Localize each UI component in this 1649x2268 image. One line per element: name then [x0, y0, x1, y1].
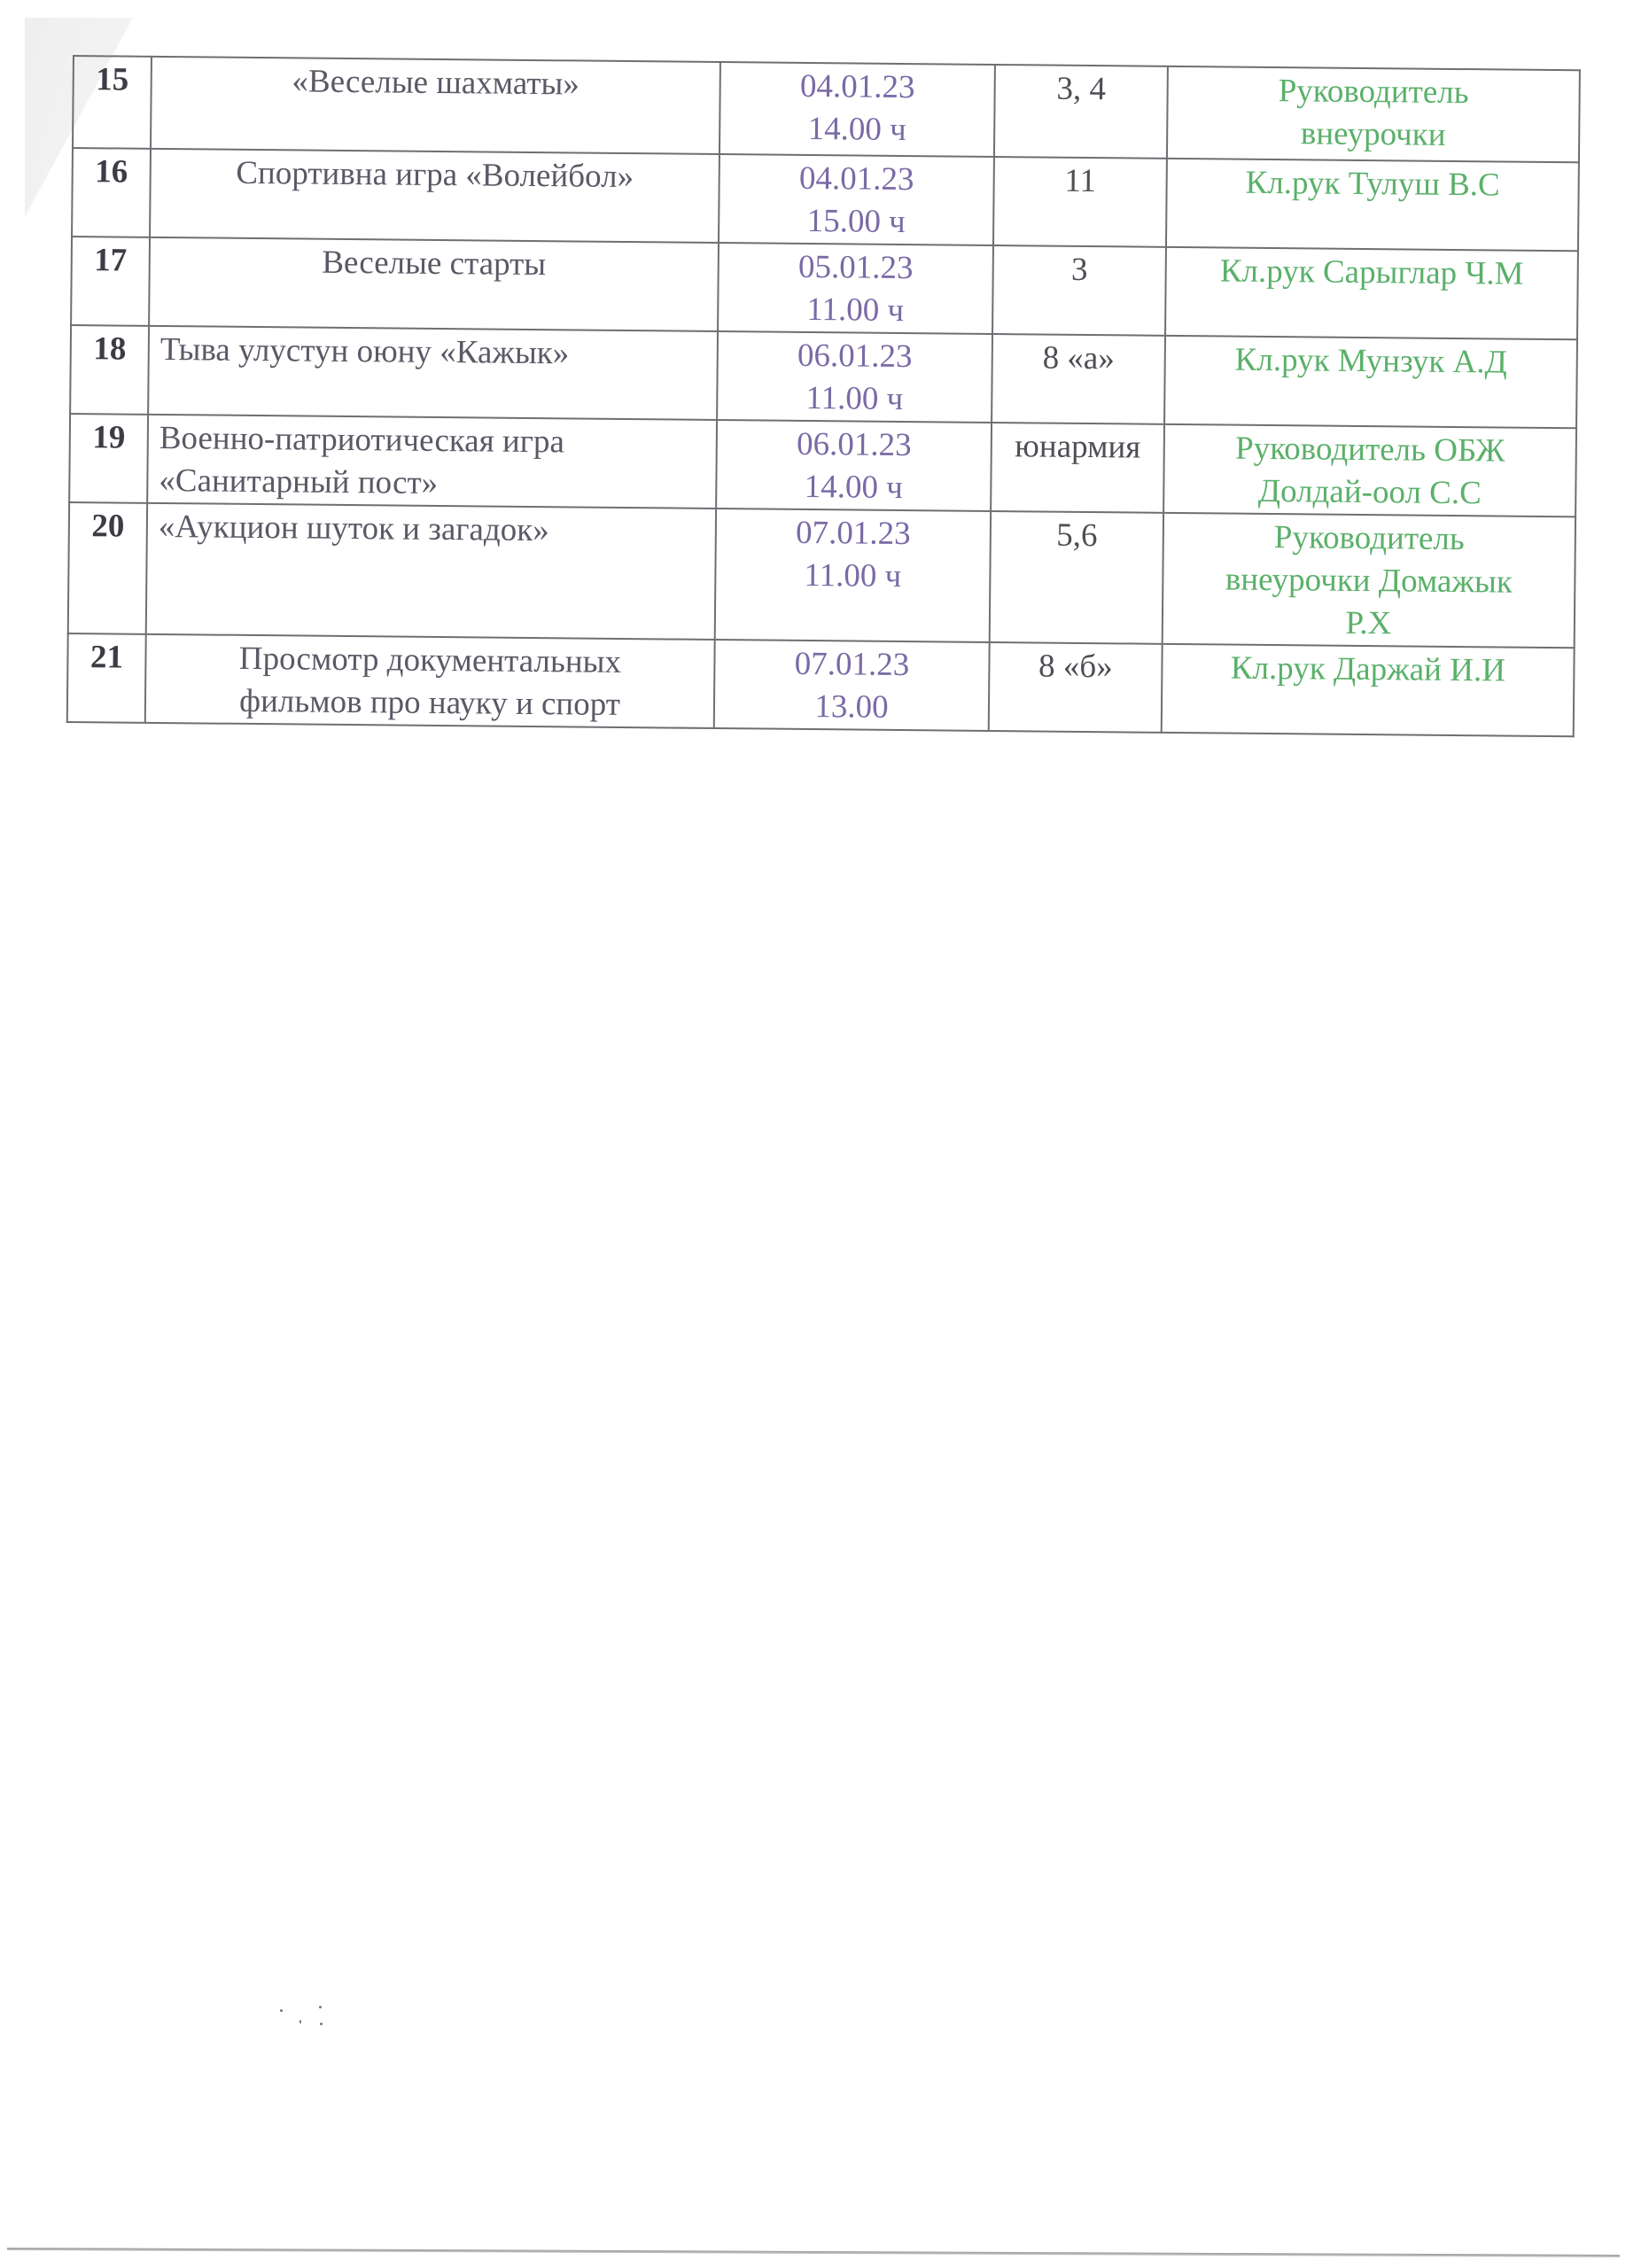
responsible-person: Кл.рук Тулуш В.С: [1166, 159, 1579, 251]
row-number: 17: [71, 237, 150, 326]
event-time: 11.00 ч: [721, 554, 984, 599]
event-date-time: 04.01.23 14.00 ч: [719, 62, 995, 157]
event-date: 05.01.23: [725, 245, 987, 291]
responsible-line: Долдай-оол С.С: [1170, 470, 1569, 516]
responsible-line: Руководитель ОБЖ: [1171, 427, 1570, 473]
event-date: 04.01.23: [725, 157, 987, 202]
event-name: Веселые старты: [149, 237, 719, 331]
event-name: Военно-патриотическая игра «Санитарный п…: [147, 415, 717, 509]
responsible-line: Р.Х: [1169, 601, 1568, 647]
participant-classes: юнармия: [991, 423, 1164, 513]
event-name-line: Спортивна игра «Волейбол»: [156, 151, 712, 199]
event-date-time: 06.01.23 14.00 ч: [716, 420, 992, 511]
schedule-table: 15 «Веселые шахматы» 04.01.23 14.00 ч 3,…: [66, 55, 1581, 737]
scan-bottom-edge-line: [7, 2248, 1620, 2257]
responsible-person: Кл.рук Сарыглар Ч.М: [1165, 247, 1578, 339]
event-date: 07.01.23: [722, 511, 984, 556]
table-row: 18 Тыва улустун оюну «Кажык» 06.01.23 11…: [70, 325, 1577, 428]
event-date: 04.01.23: [726, 65, 988, 110]
responsible-person: Кл.рук Даржай И.И: [1162, 644, 1575, 736]
responsible-line: Руководитель: [1170, 516, 1569, 562]
event-date-time: 07.01.23 11.00 ч: [715, 509, 991, 642]
event-name: «Веселые шахматы»: [151, 57, 720, 154]
responsible-person: Руководитель внеурочки: [1167, 66, 1580, 162]
table-row: 16 Спортивна игра «Волейбол» 04.01.23 15…: [72, 148, 1579, 251]
event-time: 14.00 ч: [722, 465, 984, 510]
responsible-line: Руководитель: [1173, 69, 1573, 115]
row-number: 20: [68, 502, 147, 634]
event-name: Тыва улустун оюну «Кажык»: [148, 326, 718, 420]
schedule-table-body: 15 «Веселые шахматы» 04.01.23 14.00 ч 3,…: [67, 56, 1580, 736]
scan-speck: [299, 2020, 301, 2023]
table-row: 15 «Веселые шахматы» 04.01.23 14.00 ч 3,…: [73, 56, 1580, 162]
table-row: 20 «Аукцион шуток и загадок» 07.01.23 11…: [68, 502, 1575, 648]
event-time: 13.00: [720, 685, 983, 730]
participant-classes: 11: [993, 157, 1167, 247]
event-date: 06.01.23: [724, 334, 986, 379]
responsible-person: Кл.рук Мунзук А.Д: [1164, 336, 1577, 428]
table-row: 17 Веселые старты 05.01.23 11.00 ч 3 Кл.…: [71, 237, 1578, 339]
participant-classes: 5,6: [990, 511, 1163, 644]
responsible-person: Руководитель внеурочки Домажык Р.Х: [1163, 513, 1575, 648]
responsible-line: внеурочки: [1173, 112, 1573, 158]
event-time: 11.00 ч: [723, 377, 985, 422]
scan-speck: [320, 2023, 323, 2025]
row-number: 18: [70, 325, 149, 415]
event-date-time: 05.01.23 11.00 ч: [718, 243, 993, 334]
table-row: 19 Военно-патриотическая игра «Санитарны…: [69, 414, 1576, 517]
event-date-time: 07.01.23 13.00: [714, 640, 990, 731]
event-name-line: «Санитарный пост»: [159, 460, 710, 508]
row-number: 21: [67, 633, 146, 723]
participant-classes: 8 «а»: [992, 334, 1165, 424]
responsible-line: Кл.рук Мунзук А.Д: [1171, 338, 1571, 384]
event-time: 15.00 ч: [725, 199, 987, 245]
event-name-line: Военно-патриотическая игра: [159, 417, 711, 465]
responsible-line: Кл.рук Даржай И.И: [1168, 647, 1567, 693]
scan-speck: [280, 2009, 283, 2012]
event-date-time: 06.01.23 11.00 ч: [717, 331, 992, 423]
scan-specks: [276, 2000, 330, 2027]
schedule-table-container: 15 «Веселые шахматы» 04.01.23 14.00 ч 3,…: [66, 55, 1579, 737]
participant-classes: 8 «б»: [989, 642, 1163, 733]
event-name: Спортивна игра «Волейбол»: [150, 149, 719, 243]
event-time: 14.00 ч: [726, 107, 988, 152]
responsible-line: Кл.рук Тулуш В.С: [1172, 161, 1572, 207]
scan-speck: [319, 2006, 322, 2008]
event-name-line: Просмотр документальных: [152, 637, 708, 685]
table-row: 21 Просмотр документальных фильмов про н…: [67, 633, 1575, 736]
participant-classes: 3, 4: [994, 65, 1168, 159]
event-name: Просмотр документальных фильмов про наук…: [145, 634, 715, 728]
row-number: 19: [69, 414, 148, 503]
row-number: 15: [73, 56, 152, 149]
responsible-line: внеурочки Домажык: [1169, 558, 1568, 604]
event-name: «Аукцион шуток и загадок»: [146, 503, 716, 640]
row-number: 16: [72, 148, 151, 237]
event-date-time: 04.01.23 15.00 ч: [719, 154, 994, 245]
responsible-line: Кл.рук Сарыглар Ч.М: [1171, 250, 1571, 296]
responsible-person: Руководитель ОБЖ Долдай-оол С.С: [1163, 424, 1576, 517]
event-name-line: «Веселые шахматы»: [157, 59, 713, 107]
event-name-line: «Аукцион шуток и загадок»: [159, 506, 710, 554]
event-time: 11.00 ч: [724, 288, 986, 333]
event-date: 06.01.23: [723, 423, 985, 468]
event-name-line: Веселые старты: [156, 240, 712, 288]
participant-classes: 3: [992, 245, 1166, 336]
event-name-line: Тыва улустун оюну «Кажык»: [160, 329, 712, 377]
event-date: 07.01.23: [720, 642, 983, 687]
event-name-line: фильмов про науку и спорт: [152, 680, 708, 727]
